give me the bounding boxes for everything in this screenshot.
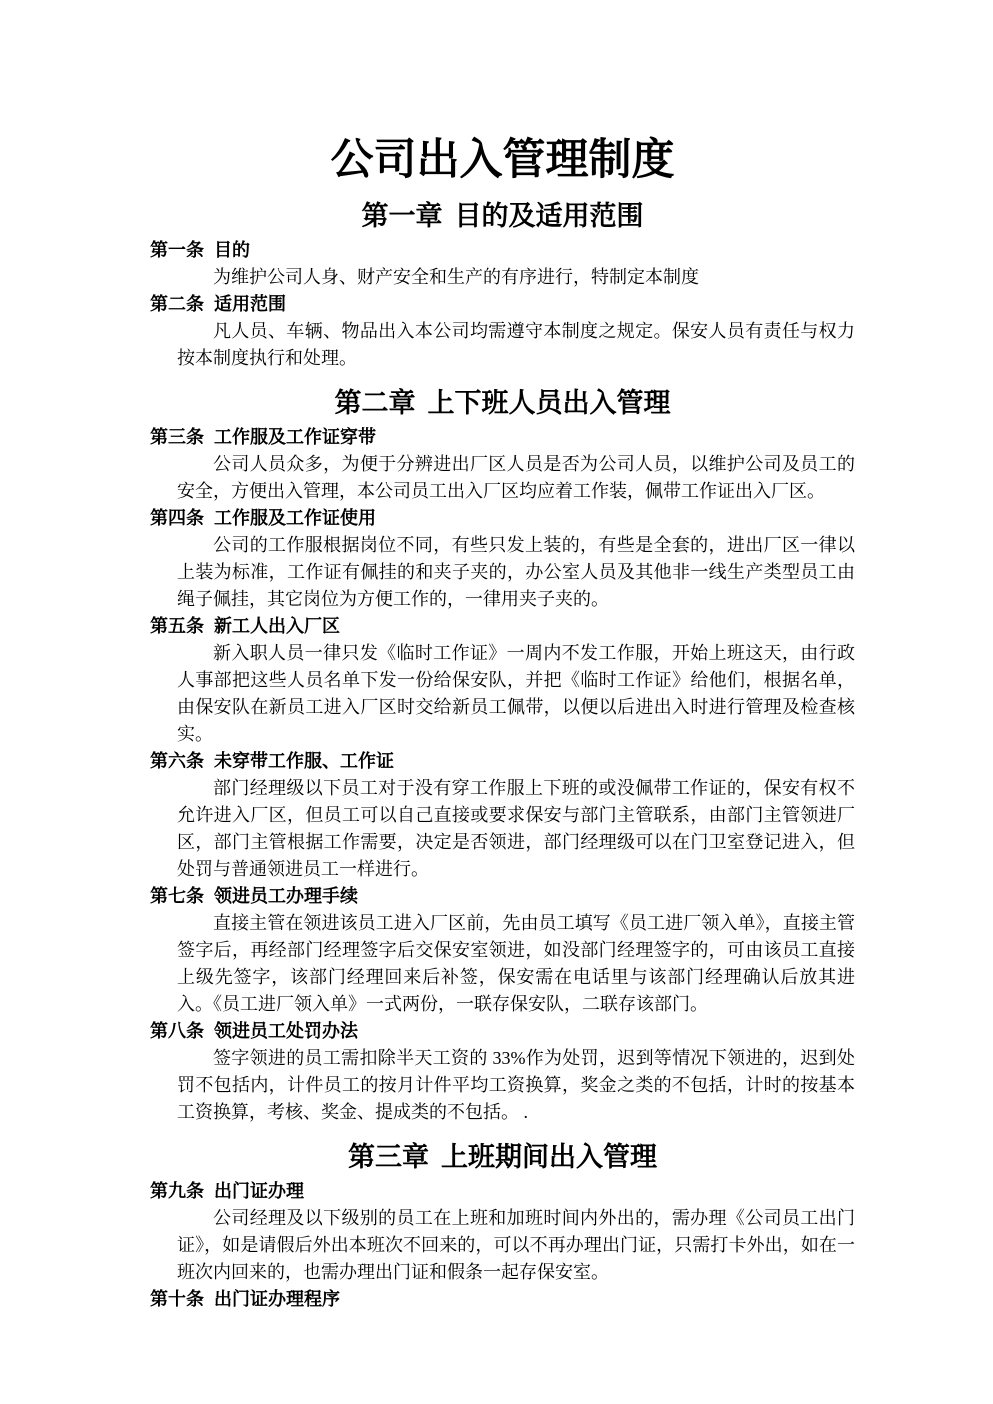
article-2-label: 第二条	[150, 294, 204, 314]
chapter-2-heading: 第二章上下班人员出入管理	[150, 384, 855, 422]
article-6-heading: 第六条未穿带工作服、工作证	[150, 748, 855, 775]
article-1-title: 目的	[214, 240, 250, 260]
article-1-body: 为维护公司人身、财产安全和生产的有序进行，特制定本制度	[177, 264, 855, 291]
article-9: 第九条出门证办理 公司经理及以下级别的员工在上班和加班时间内外出的，需办理《公司…	[150, 1178, 855, 1286]
article-6-label: 第六条	[150, 751, 204, 771]
document-page: 公司出入管理制度 第一章目的及适用范围 第一条目的 为维护公司人身、财产安全和生…	[0, 0, 993, 1404]
article-8: 第八条领进员工处罚办法 签字领进的员工需扣除半天工资的 33%作为处罚，迟到等情…	[150, 1018, 855, 1126]
chapter-1-label: 第一章	[362, 201, 443, 231]
article-2: 第二条适用范围 凡人员、车辆、物品出入本公司均需遵守本制度之规定。保安人员有责任…	[150, 291, 855, 372]
article-9-body: 公司经理及以下级别的员工在上班和加班时间内外出的，需办理《公司员工出门证》，如是…	[177, 1205, 855, 1286]
article-4-heading: 第四条工作服及工作证使用	[150, 505, 855, 532]
chapter-3-title: 上班期间出入管理	[441, 1142, 657, 1172]
article-3-heading: 第三条工作服及工作证穿带	[150, 424, 855, 451]
article-2-title: 适用范围	[214, 294, 286, 314]
chapter-3: 第三章上班期间出入管理 第九条出门证办理 公司经理及以下级别的员工在上班和加班时…	[150, 1138, 855, 1313]
article-1: 第一条目的 为维护公司人身、财产安全和生产的有序进行，特制定本制度	[150, 237, 855, 291]
article-10-label: 第十条	[150, 1289, 204, 1309]
article-5-heading: 第五条新工人出入厂区	[150, 613, 855, 640]
article-4: 第四条工作服及工作证使用 公司的工作服根据岗位不同，有些只发上装的，有些是全套的…	[150, 505, 855, 613]
article-6: 第六条未穿带工作服、工作证 部门经理级以下员工对于没有穿工作服上下班的或没佩带工…	[150, 748, 855, 883]
article-5-title: 新工人出入厂区	[214, 616, 340, 636]
chapter-1: 第一章目的及适用范围 第一条目的 为维护公司人身、财产安全和生产的有序进行，特制…	[150, 197, 855, 372]
article-5-body: 新入职人员一律只发《临时工作证》一周内不发工作服，开始上班这天，由行政人事部把这…	[177, 640, 855, 748]
article-10-title: 出门证办理程序	[214, 1289, 340, 1309]
article-1-heading: 第一条目的	[150, 237, 855, 264]
article-9-heading: 第九条出门证办理	[150, 1178, 855, 1205]
article-4-title: 工作服及工作证使用	[214, 508, 376, 528]
article-7-body: 直接主管在领进该员工进入厂区前，先由员工填写《员工进厂领入单》，直接主管签字后，…	[177, 910, 855, 1018]
chapter-1-heading: 第一章目的及适用范围	[150, 197, 855, 235]
chapter-2-title: 上下班人员出入管理	[428, 388, 671, 418]
article-7: 第七条领进员工办理手续 直接主管在领进该员工进入厂区前，先由员工填写《员工进厂领…	[150, 883, 855, 1018]
article-1-label: 第一条	[150, 240, 204, 260]
article-5-label: 第五条	[150, 616, 204, 636]
article-8-title: 领进员工处罚办法	[214, 1021, 358, 1041]
document-title: 公司出入管理制度	[150, 135, 855, 185]
article-9-label: 第九条	[150, 1181, 204, 1201]
article-4-body: 公司的工作服根据岗位不同，有些只发上装的，有些是全套的，进出厂区一律以上装为标准…	[177, 532, 855, 613]
article-3: 第三条工作服及工作证穿带 公司人员众多，为便于分辨进出厂区人员是否为公司人员，以…	[150, 424, 855, 505]
article-8-heading: 第八条领进员工处罚办法	[150, 1018, 855, 1045]
article-5: 第五条新工人出入厂区 新入职人员一律只发《临时工作证》一周内不发工作服，开始上班…	[150, 613, 855, 748]
article-6-body: 部门经理级以下员工对于没有穿工作服上下班的或没佩带工作证的，保安有权不允许进入厂…	[177, 775, 855, 883]
article-3-title: 工作服及工作证穿带	[214, 427, 376, 447]
article-9-title: 出门证办理	[214, 1181, 304, 1201]
article-2-body: 凡人员、车辆、物品出入本公司均需遵守本制度之规定。保安人员有责任与权力按本制度执…	[177, 318, 855, 372]
chapter-2-label: 第二章	[335, 388, 416, 418]
chapter-3-label: 第三章	[348, 1142, 429, 1172]
article-10: 第十条出门证办理程序	[150, 1286, 855, 1313]
article-2-heading: 第二条适用范围	[150, 291, 855, 318]
chapter-3-heading: 第三章上班期间出入管理	[150, 1138, 855, 1176]
article-4-label: 第四条	[150, 508, 204, 528]
article-3-label: 第三条	[150, 427, 204, 447]
article-6-title: 未穿带工作服、工作证	[214, 751, 394, 771]
chapter-1-title: 目的及适用范围	[455, 201, 644, 231]
article-10-heading: 第十条出门证办理程序	[150, 1286, 855, 1313]
article-7-label: 第七条	[150, 886, 204, 906]
article-7-heading: 第七条领进员工办理手续	[150, 883, 855, 910]
article-7-title: 领进员工办理手续	[214, 886, 358, 906]
article-8-body: 签字领进的员工需扣除半天工资的 33%作为处罚，迟到等情况下领进的，迟到处罚不包…	[177, 1045, 855, 1126]
article-3-body: 公司人员众多，为便于分辨进出厂区人员是否为公司人员，以维护公司及员工的安全，方便…	[177, 451, 855, 505]
article-8-label: 第八条	[150, 1021, 204, 1041]
chapter-2: 第二章上下班人员出入管理 第三条工作服及工作证穿带 公司人员众多，为便于分辨进出…	[150, 384, 855, 1126]
